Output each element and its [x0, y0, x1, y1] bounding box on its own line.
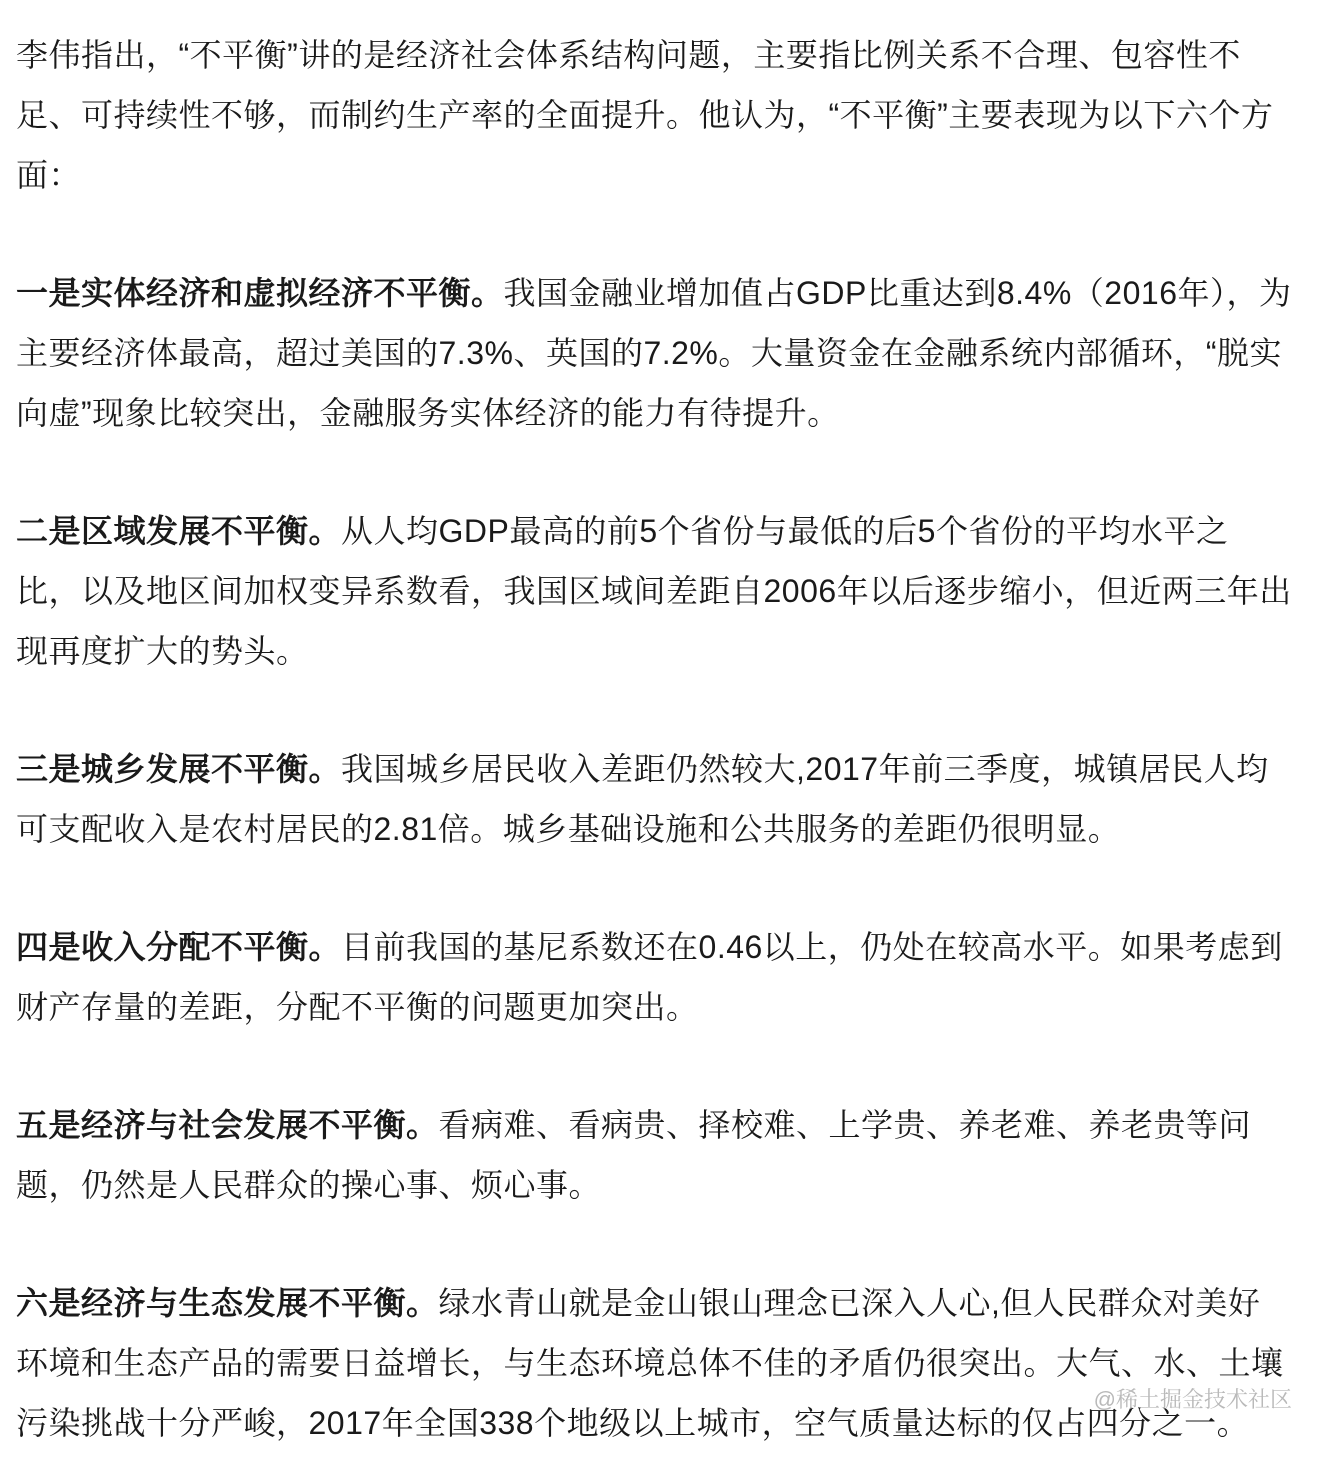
paragraph-text: 李伟指出，“不平衡”讲的是经济社会体系结构问题，主要指比例关系不合理、包容性不足…	[16, 37, 1273, 193]
article-body: 李伟指出，“不平衡”讲的是经济社会体系结构问题，主要指比例关系不合理、包容性不足…	[0, 0, 1328, 1473]
paragraph: 一是实体经济和虚拟经济不平衡。我国金融业增加值占GDP比重达到8.4%（2016…	[16, 263, 1292, 443]
paragraph-lead: 五是经济与社会发展不平衡。	[16, 1107, 439, 1143]
paragraph-lead: 四是收入分配不平衡。	[16, 929, 341, 965]
paragraph: 四是收入分配不平衡。目前我国的基尼系数还在0.46以上，仍处在较高水平。如果考虑…	[16, 917, 1292, 1037]
paragraph-lead: 六是经济与生态发展不平衡。	[16, 1285, 439, 1321]
paragraph: 二是区域发展不平衡。从人均GDP最高的前5个省份与最低的后5个省份的平均水平之比…	[16, 501, 1292, 681]
paragraph-lead: 一是实体经济和虚拟经济不平衡。	[16, 275, 504, 311]
paragraph-lead: 三是城乡发展不平衡。	[16, 751, 341, 787]
paragraph: 李伟指出，“不平衡”讲的是经济社会体系结构问题，主要指比例关系不合理、包容性不足…	[16, 25, 1292, 205]
paragraph-lead: 二是区域发展不平衡。	[16, 513, 341, 549]
paragraph: 五是经济与社会发展不平衡。看病难、看病贵、择校难、上学贵、养老难、养老贵等问题，…	[16, 1095, 1292, 1215]
paragraph: 六是经济与生态发展不平衡。绿水青山就是金山银山理念已深入人心,但人民群众对美好环…	[16, 1273, 1292, 1453]
document-page: { "page": { "background": "#ffffff", "te…	[0, 0, 1328, 1473]
paragraph: 三是城乡发展不平衡。我国城乡居民收入差距仍然较大,2017年前三季度，城镇居民人…	[16, 739, 1292, 859]
